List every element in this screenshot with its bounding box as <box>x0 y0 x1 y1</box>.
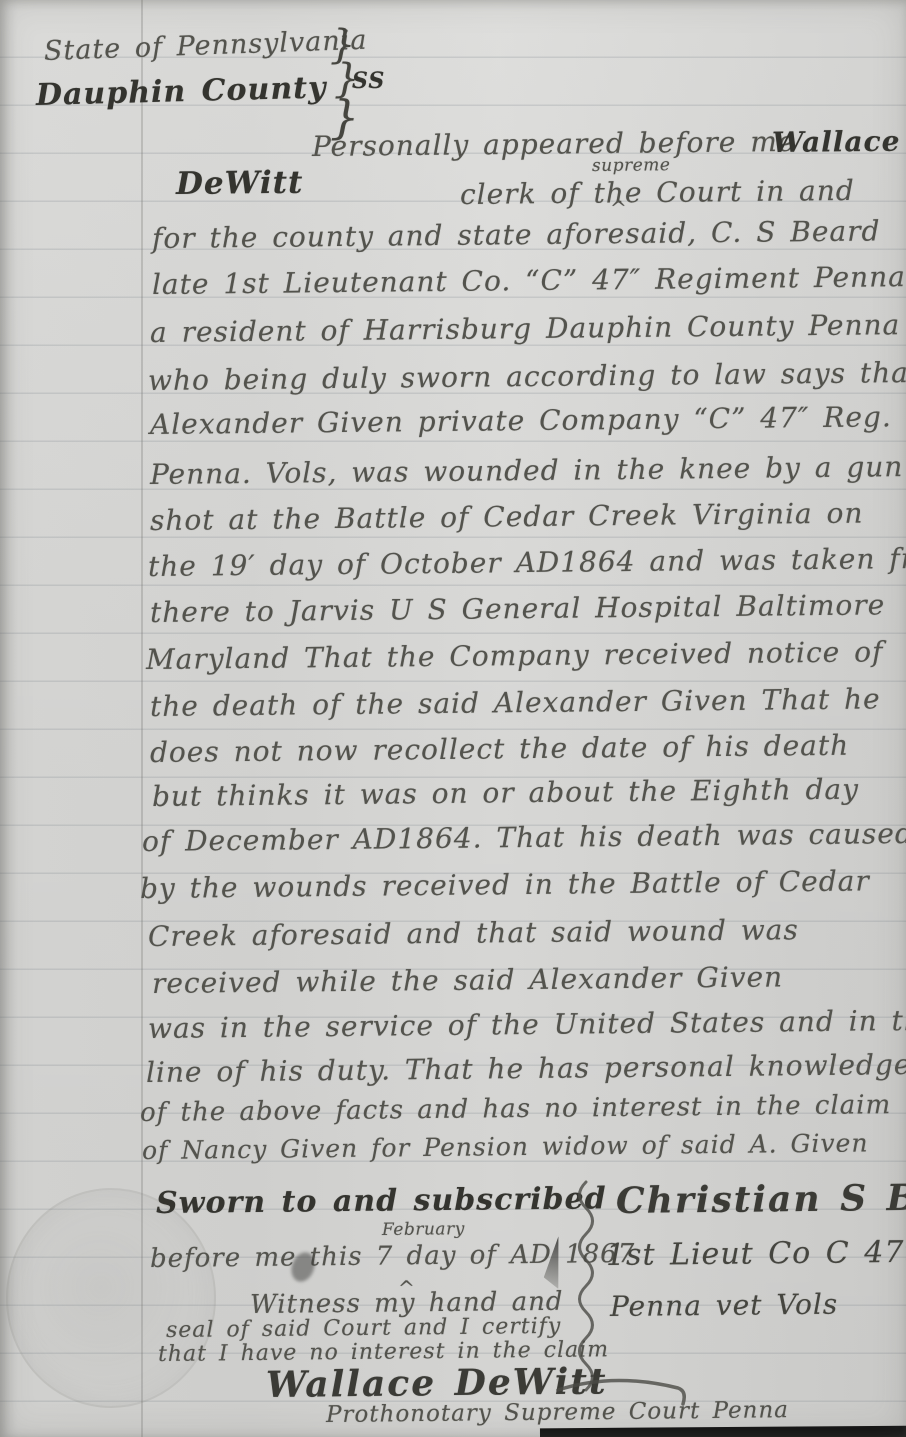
embossed-seal <box>6 1188 216 1408</box>
handwritten-line: Personally appeared before me <box>312 125 796 163</box>
handwritten-line: a resident of Harrisburg Dauphin County … <box>150 308 901 349</box>
handwritten-line: Alexander Given private Company “C” 47″ … <box>150 400 892 441</box>
handwritten-line: who being duly sworn according to law sa… <box>148 356 906 397</box>
handwritten-line: Creek aforesaid and that said wound was <box>148 913 799 953</box>
clerk-first-name: Wallace <box>772 125 901 159</box>
county-line: Dauphin County <box>36 70 327 113</box>
handwritten-line: shot at the Battle of Cedar Creek Virgin… <box>150 497 864 537</box>
handwritten-line: by the wounds received in the Battle of … <box>140 864 870 905</box>
handwritten-line: there to Jarvis U S General Hospital Bal… <box>150 588 886 629</box>
handwritten-line: of the above facts and has no interest i… <box>140 1090 892 1128</box>
state-line: State of Pennsylvania <box>43 25 368 67</box>
handwritten-line: but thinks it was on or about the Eighth… <box>152 773 859 813</box>
document-scan: State of Pennsylvania Dauphin County } }… <box>0 0 906 1437</box>
handwritten-line: received while the said Alexander Given <box>152 960 783 1000</box>
handwritten-line: line of his duty. That he has personal k… <box>146 1048 906 1089</box>
handwritten-line: late 1st Lieutenant Co. “C” 47″ Regiment… <box>152 259 906 301</box>
witness-signature-rank: 1st Lieut Co C 47th <box>606 1235 906 1273</box>
handwritten-line: does not now recollect the date of his d… <box>150 729 849 769</box>
insertion-month: February <box>382 1219 465 1240</box>
scan-edge-band <box>540 1426 906 1437</box>
handwritten-line: clerk of the Court in and <box>460 174 855 211</box>
sworn-line: Sworn to and subscribed <box>156 1181 607 1221</box>
handwritten-line: the 19′ day of October AD1864 and was ta… <box>148 541 906 583</box>
handwritten-line: Maryland That the Company received notic… <box>146 635 884 676</box>
witness-signature-unit: Penna vet Vols <box>610 1288 839 1323</box>
ss-label: SS <box>352 68 385 94</box>
handwritten-line: Penna. Vols, was wounded in the knee by … <box>150 450 904 491</box>
clerk-last-name: DeWitt <box>176 165 304 202</box>
handwritten-line: for the county and state aforesaid, C. S… <box>152 214 881 255</box>
handwritten-line: of Nancy Given for Pension widow of said… <box>142 1128 869 1165</box>
handwritten-line: of December AD1864. That his death was c… <box>142 817 906 858</box>
witness-signature-name: Christian S Beard <box>616 1176 906 1222</box>
insertion-supreme: supreme <box>592 155 671 176</box>
handwritten-line: the death of the said Alexander Given Th… <box>150 682 881 723</box>
handwritten-line: was in the service of the United States … <box>148 1004 906 1045</box>
